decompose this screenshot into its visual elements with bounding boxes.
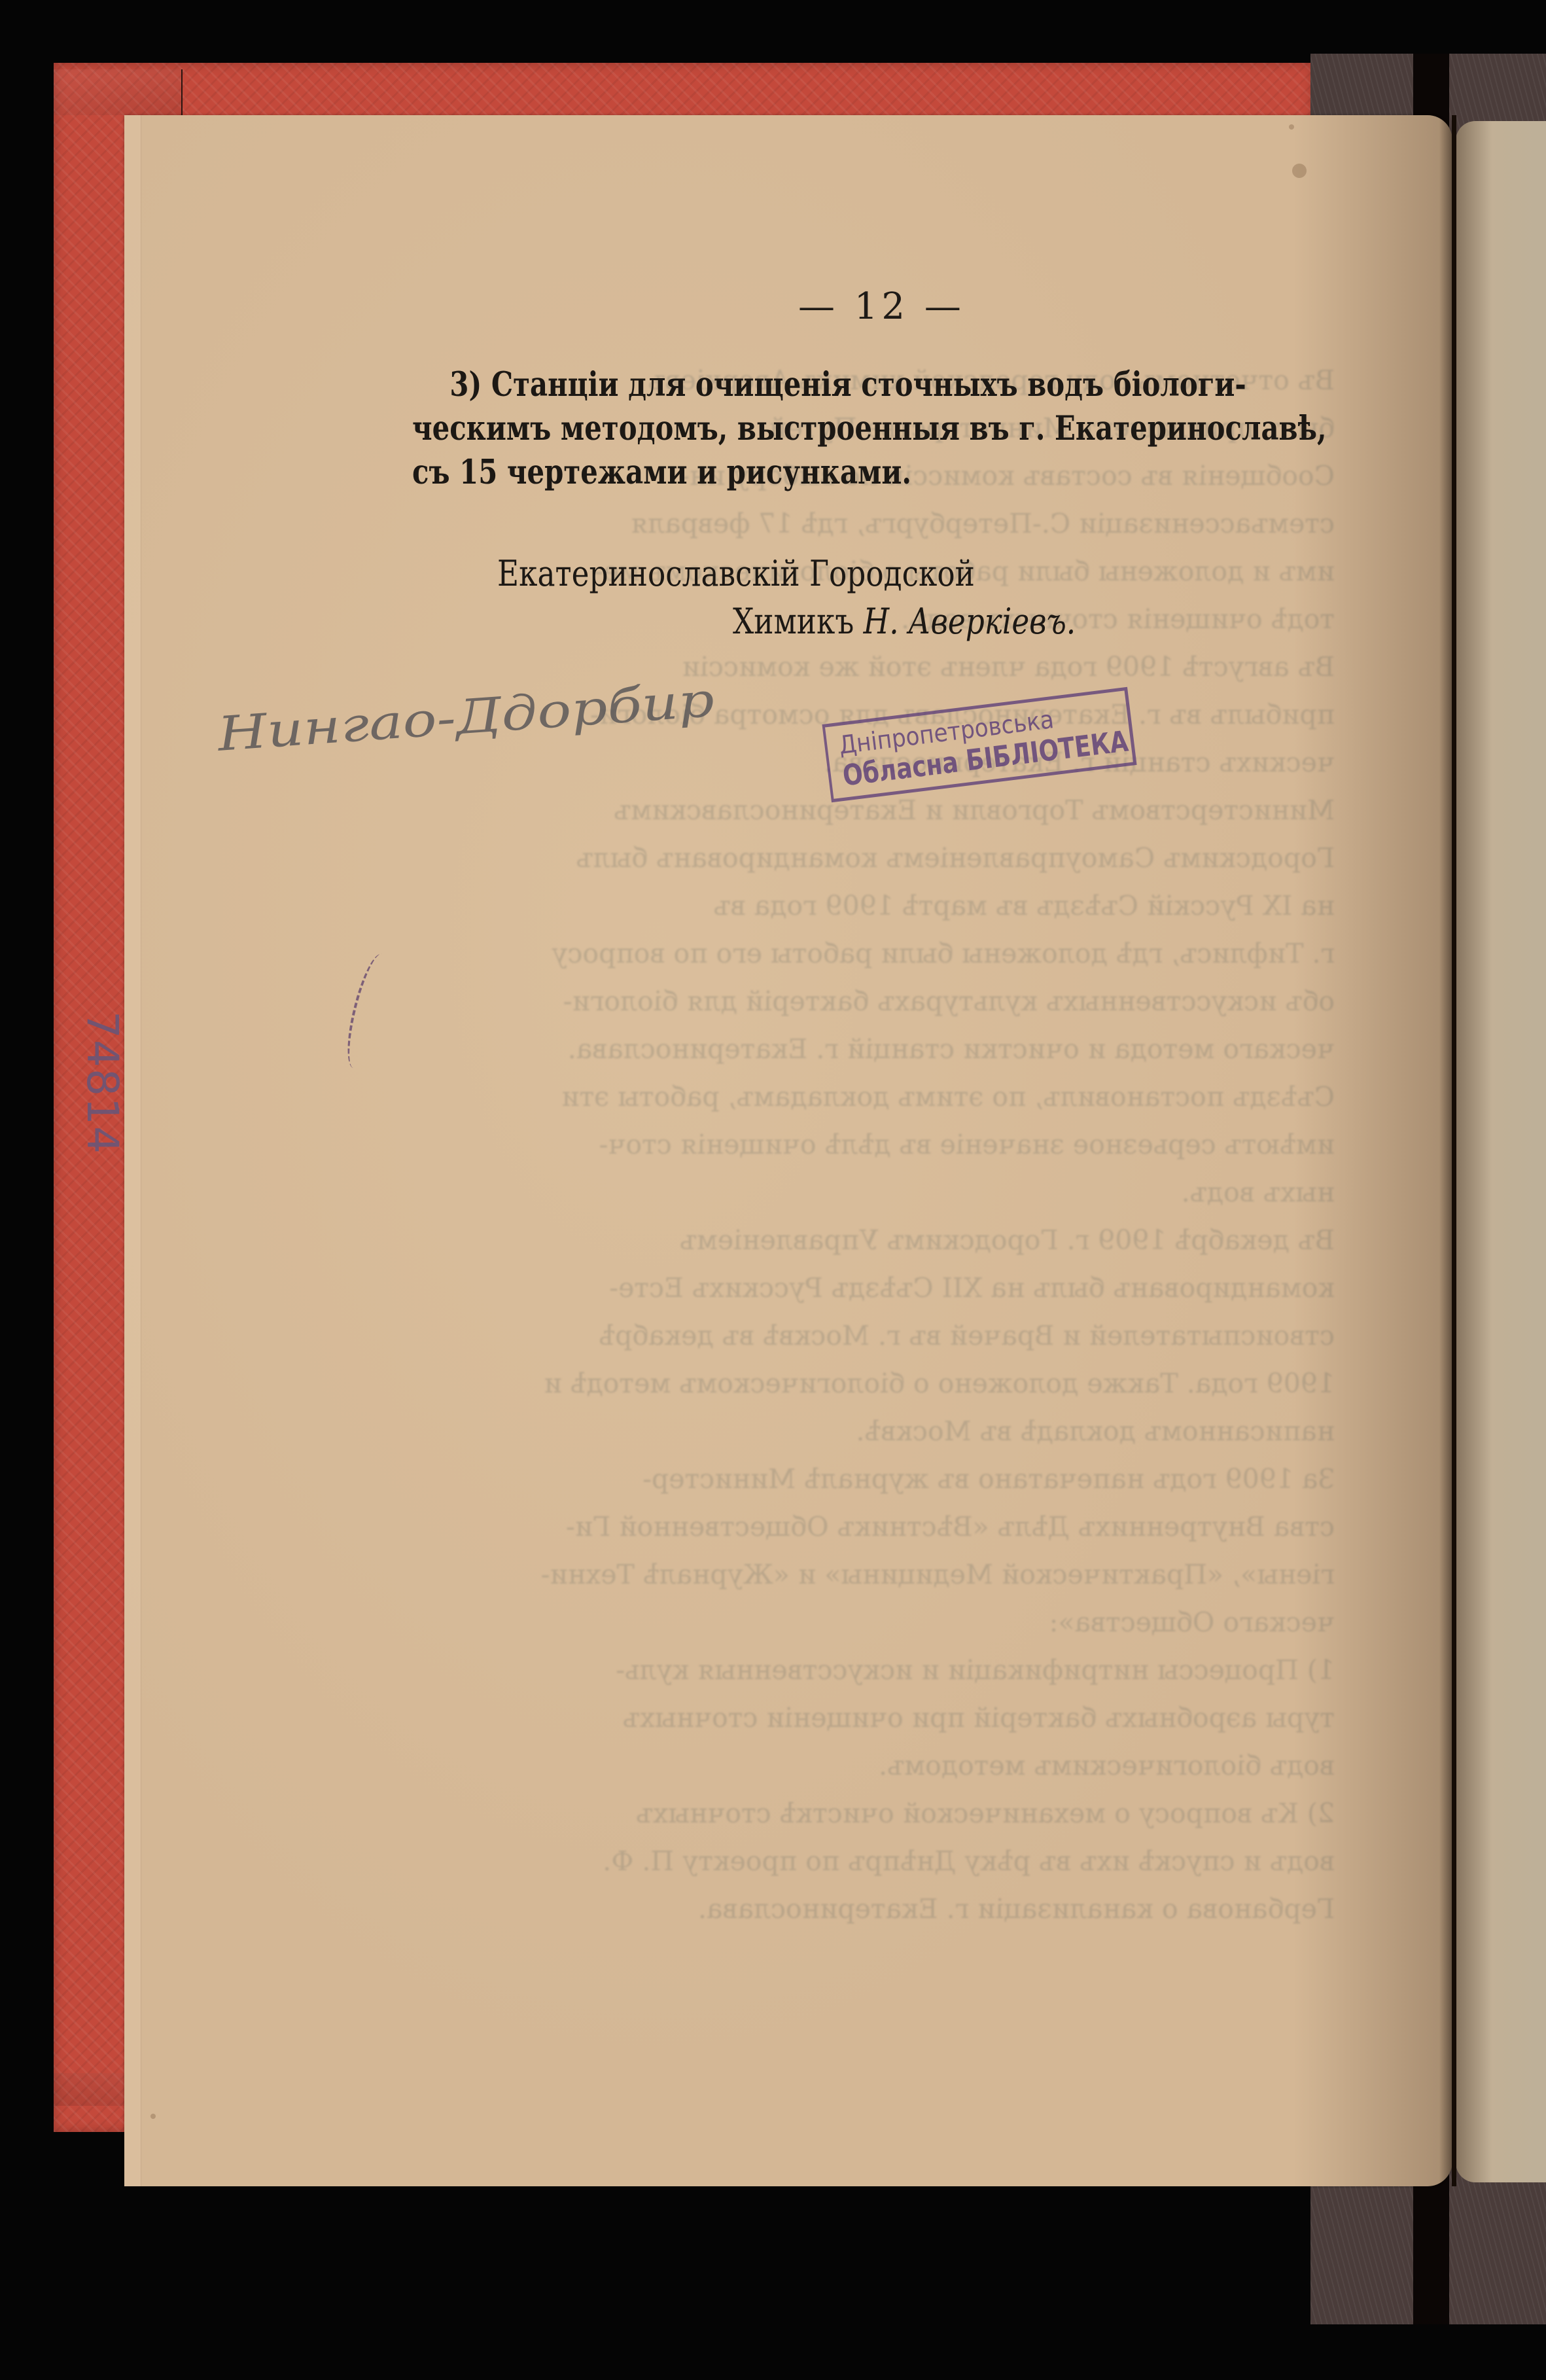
- handwritten-inventory-number: 74814: [77, 1011, 128, 1155]
- publication-entry: 3) Станціи для очищенія сточныхъ водъ бі…: [412, 363, 1182, 495]
- entry-line: съ 15 чертежами и рисунками.: [412, 451, 1182, 495]
- signature-name: Химикъ Н. Аверкіевъ.: [733, 601, 1076, 642]
- page-gutter: [1452, 115, 1456, 2186]
- entry-line: ческимъ методомъ, выстроенныя въ г. Екат…: [412, 407, 1182, 451]
- paper-stain: [1292, 164, 1307, 178]
- signature-surname: Аверкіевъ.: [908, 601, 1076, 642]
- paper-speck: [1289, 124, 1294, 130]
- cover-corner-fold-top: [54, 69, 183, 115]
- entry-line: 3) Станціи для очищенія сточныхъ водъ бі…: [412, 363, 1182, 407]
- signature-initials: Н.: [864, 601, 899, 642]
- facing-page-edge: [1456, 121, 1546, 2182]
- signature-title: Химикъ: [733, 601, 854, 642]
- signature-organization: Екатеринославскій Городской: [497, 553, 975, 594]
- page-number: — 12 —: [798, 285, 965, 328]
- paper-speck: [150, 2114, 156, 2119]
